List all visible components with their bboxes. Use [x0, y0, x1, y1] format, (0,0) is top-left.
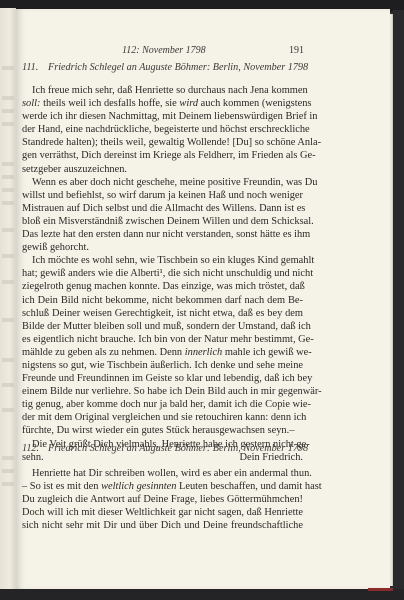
- page-number: 191: [289, 45, 304, 56]
- text-line: Ich möchte es wohl sehn, wie Tischbein s…: [22, 254, 303, 267]
- text-line: willst und befiehlst, so wirf darum ja k…: [22, 189, 303, 202]
- facing-page-edge: [0, 8, 16, 593]
- running-head-title: 112: November 1798: [122, 45, 206, 56]
- text-line: bloß ein Misverständniß zwischen Deinem …: [22, 215, 303, 228]
- text-line: Standrede halten); theils weil, gewaltig…: [22, 136, 303, 149]
- text-line: werde ich ihr diesen Nachmittag, mit Dei…: [22, 110, 303, 123]
- text-line: der mit dem Original vergleichen und sie…: [22, 411, 303, 424]
- text-line: nigstens so gut, wie Tischbein äußerlich…: [22, 359, 303, 372]
- book-cover-edge: [368, 588, 393, 591]
- text-line: Doch will ich mit dieser Weltlichkeit ga…: [22, 506, 303, 519]
- letter-body-111: Ich freue mich sehr, daß Henriette so du…: [22, 84, 303, 464]
- text-line: tig genug, aber komme doch nur ja bald h…: [22, 398, 303, 411]
- text-line: mählde zu geben als zu nehmen. Denn inne…: [22, 346, 303, 359]
- scan-bottom-border: [0, 589, 404, 600]
- letter-body-112: Henriette hat Dir schreiben wollen, wird…: [22, 467, 303, 532]
- scan-right-border: [393, 10, 404, 600]
- letter-title: Friedrich Schlegel an Auguste Böhmer: Be…: [48, 62, 308, 73]
- letter-number: 111.: [22, 62, 48, 73]
- text-line: Mistrauen auf Dich selbst und die Allmac…: [22, 202, 303, 215]
- text-line: schluß Deiner weisen Gerechtigkeit, ist …: [22, 307, 303, 320]
- text-line: gen verräthst, Dich dereinst im Kriege a…: [22, 149, 303, 162]
- letter-heading-111: 111.Friedrich Schlegel an Auguste Böhmer…: [22, 62, 312, 73]
- text-line: Wenn es aber doch nicht geschehe, meine …: [22, 176, 303, 189]
- letter-title: Friedrich Schlegel an Auguste Böhmer: Be…: [48, 443, 308, 454]
- text-line: Das lezte hat den ersten dann nur nicht …: [22, 228, 303, 241]
- letter-heading-112: 112.Friedrich Schlegel an Auguste Böhmer…: [22, 443, 312, 454]
- text-line: es eigentlich nicht brauche. Ich bin von…: [22, 333, 303, 346]
- text-line: setzgeber auszuzeichnen.: [22, 163, 303, 176]
- text-line: einem Bilde nur verliehre. So habe ich D…: [22, 385, 303, 398]
- letter-number: 112.: [22, 443, 48, 454]
- text-line: sich nicht sehr mit Dir und über Dich un…: [22, 519, 303, 532]
- text-line: hat; gewiß anders wie die Alberti¹, die …: [22, 267, 303, 280]
- running-head: 112: November 1798 191: [22, 45, 304, 59]
- text-line: Henriette hat Dir schreiben wollen, wird…: [22, 467, 303, 480]
- text-line: Ich freue mich sehr, daß Henriette so du…: [22, 84, 303, 97]
- text-line: ziegelroth genug machen konnte. Das einz…: [22, 280, 303, 293]
- text-line: soll: theils weil ich desfalls hoffe, si…: [22, 97, 303, 110]
- text-line: ich Dein Bild nicht bekomme, nicht bekom…: [22, 294, 303, 307]
- text-line: der Hand, eine nachdrückliche, begeister…: [22, 123, 303, 136]
- text-line: Du zugleich die Antwort auf Deine Frage,…: [22, 493, 303, 506]
- text-line: Bilde der Mutter bleiben soll und muß, s…: [22, 320, 303, 333]
- text-line: gewiß gehorcht.: [22, 241, 303, 254]
- text-line: Freunde und Freundinnen im Geiste so kla…: [22, 372, 303, 385]
- text-line: – So ist es mit den weltlich gesinnten L…: [22, 480, 303, 493]
- text-line: fürchte, Du wirst wieder ein gutes Stück…: [22, 424, 303, 437]
